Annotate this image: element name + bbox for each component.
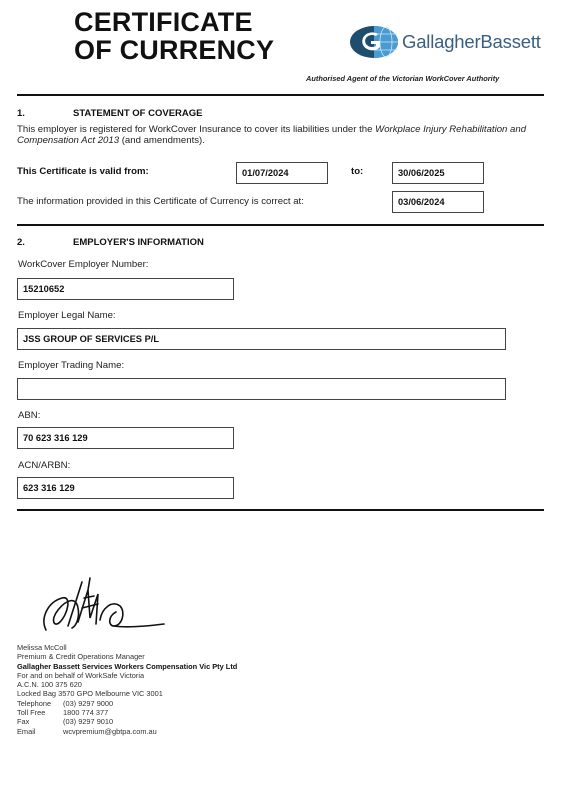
- signatory-block: Melissa McColl Premium & Credit Operatio…: [17, 643, 237, 736]
- section-1-title: STATEMENT OF COVERAGE: [73, 108, 202, 119]
- abn-field: 70 623 316 129: [17, 427, 234, 449]
- contact-label: Telephone: [17, 699, 63, 708]
- legal-name-label: Employer Legal Name:: [18, 310, 116, 321]
- tagline: Authorised Agent of the Victorian WorkCo…: [306, 74, 499, 83]
- correct-at-label: The information provided in this Certifi…: [17, 196, 304, 207]
- gallagher-bassett-logo: GallagherBassett: [349, 25, 541, 59]
- email-link[interactable]: wcvpremium@gbtpa.com.au: [63, 727, 157, 736]
- divider: [17, 509, 544, 511]
- employer-number-field: 15210652: [17, 278, 234, 300]
- contact-value: (03) 9297 9010: [63, 717, 113, 726]
- contact-toll-free: Toll Free1800 774 377: [17, 708, 237, 717]
- section-2-number: 2.: [17, 237, 25, 248]
- divider: [17, 224, 544, 226]
- trading-name-field: [17, 378, 506, 400]
- acn-label: ACN/ARBN:: [18, 460, 70, 471]
- signature-image: [38, 568, 168, 640]
- contact-value: 1800 774 377: [63, 708, 108, 717]
- section-2-title: EMPLOYER'S INFORMATION: [73, 237, 204, 248]
- globe-g-icon: [349, 25, 399, 59]
- title-line-1: CERTIFICATE: [74, 8, 274, 36]
- divider: [17, 94, 544, 96]
- postal-address: Locked Bag 3570 GPO Melbourne VIC 3001: [17, 689, 237, 698]
- contact-fax: Fax(03) 9297 9010: [17, 717, 237, 726]
- on-behalf: For and on behalf of WorkSafe Victoria: [17, 671, 237, 680]
- acn-number: A.C.N. 100 375 620: [17, 680, 237, 689]
- correct-at-field: 03/06/2024: [392, 191, 484, 213]
- signatory-position: Premium & Credit Operations Manager: [17, 652, 237, 661]
- valid-from-label: This Certificate is valid from:: [17, 166, 149, 177]
- title-line-2: OF CURRENCY: [74, 36, 274, 64]
- statement-suffix: (and amendments).: [119, 135, 205, 146]
- contact-label: Toll Free: [17, 708, 63, 717]
- contact-value: (03) 9297 9000: [63, 699, 113, 708]
- brand-name: GallagherBassett: [402, 31, 541, 53]
- contact-label: Fax: [17, 717, 63, 726]
- contact-email: Emailwcvpremium@gbtpa.com.au: [17, 727, 237, 736]
- valid-from-field: 01/07/2024: [236, 162, 328, 184]
- employer-number-label: WorkCover Employer Number:: [18, 259, 148, 270]
- signatory-name: Melissa McColl: [17, 643, 237, 652]
- page-title: CERTIFICATE OF CURRENCY: [74, 8, 274, 64]
- legal-name-field: JSS GROUP OF SERVICES P/L: [17, 328, 506, 350]
- to-label: to:: [351, 166, 363, 177]
- contact-label: Email: [17, 727, 63, 736]
- trading-name-label: Employer Trading Name:: [18, 360, 124, 371]
- section-1-number: 1.: [17, 108, 25, 119]
- signatory-company: Gallagher Bassett Services Workers Compe…: [17, 662, 237, 671]
- contact-telephone: Telephone(03) 9297 9000: [17, 699, 237, 708]
- acn-field: 623 316 129: [17, 477, 234, 499]
- abn-label: ABN:: [18, 410, 40, 421]
- coverage-statement: This employer is registered for WorkCove…: [17, 124, 544, 146]
- valid-to-field: 30/06/2025: [392, 162, 484, 184]
- statement-text: This employer is registered for WorkCove…: [17, 124, 375, 135]
